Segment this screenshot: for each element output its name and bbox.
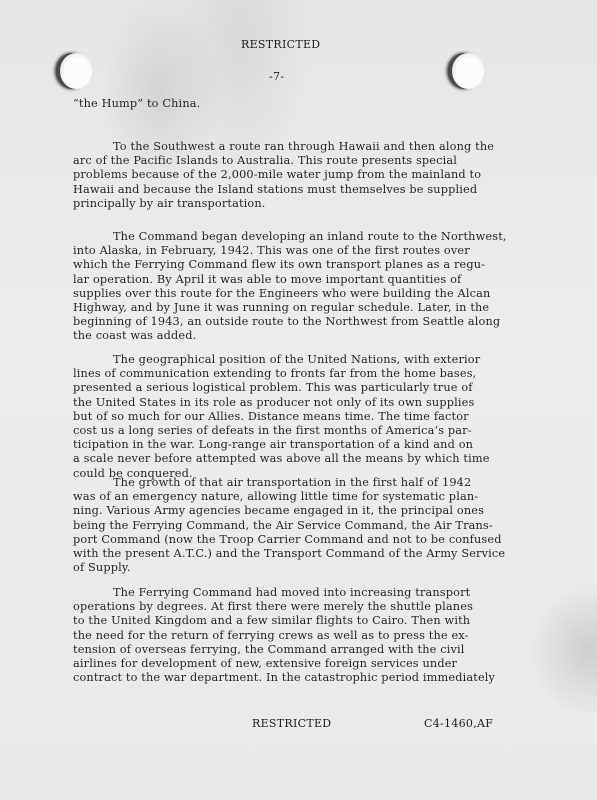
text-line: to the United Kingdom and a few similar … <box>73 614 470 628</box>
punch-hole-right <box>452 53 484 89</box>
text-line: which the Ferrying Command flew its own … <box>73 258 485 272</box>
text-line: contract to the war department. In the c… <box>73 671 495 685</box>
text-line: cost us a long series of defeats in the … <box>73 424 472 438</box>
text-line: principally by air transportation. <box>73 197 266 211</box>
text-line: The Ferrying Command had moved into incr… <box>113 586 470 600</box>
text-line: Hawaii and because the Island stations m… <box>73 183 477 197</box>
text-line: arc of the Pacific Islands to Australia.… <box>73 154 457 168</box>
text-line: operations by degrees. At first there we… <box>73 600 473 614</box>
document-page: RESTRICTED -7- “the Hump” to China.To th… <box>0 0 597 800</box>
text-line: tension of overseas ferrying, the Comman… <box>73 643 465 657</box>
text-line: being the Ferrying Command, the Air Serv… <box>73 519 493 533</box>
footer-document-code: C4-1460,AF <box>424 717 493 730</box>
text-line: into Alaska, in February, 1942. This was… <box>73 244 470 258</box>
text-line: the United States in its role as produce… <box>73 396 474 410</box>
text-line: problems because of the 2,000-mile water… <box>73 168 481 182</box>
text-line: airlines for development of new, extensi… <box>73 657 457 671</box>
text-line: port Command (now the Troop Carrier Comm… <box>73 533 502 547</box>
text-line: The growth of that air transportation in… <box>113 476 471 490</box>
text-line: ticipation in the war. Long-range air tr… <box>73 438 473 452</box>
text-line: presented a serious logistical problem. … <box>73 381 473 395</box>
text-line: a scale never before attempted was above… <box>73 452 490 466</box>
text-line: of Supply. <box>73 561 131 575</box>
text-line: with the present A.T.C.) and the Transpo… <box>73 547 505 561</box>
text-line: was of an emergency nature, allowing lit… <box>73 490 478 504</box>
text-line: lines of communication extending to fron… <box>73 367 476 381</box>
text-line: the coast was added. <box>73 329 196 343</box>
footer-classification: RESTRICTED <box>252 717 331 730</box>
text-line: “the Hump” to China. <box>73 97 200 111</box>
text-line: ning. Various Army agencies became engag… <box>73 504 484 518</box>
punch-hole-left <box>60 53 92 89</box>
text-line: To the Southwest a route ran through Haw… <box>113 140 494 154</box>
text-line: Highway, and by June it was running on r… <box>73 301 489 315</box>
text-line: beginning of 1943, an outside route to t… <box>73 315 500 329</box>
text-line: The Command began developing an inland r… <box>113 230 507 244</box>
text-line: supplies over this route for the Enginee… <box>73 287 490 301</box>
page-number: -7- <box>269 70 284 83</box>
text-line: but of so much for our Allies. Distance … <box>73 410 469 424</box>
header-classification: RESTRICTED <box>241 38 320 51</box>
text-line: The geographical position of the United … <box>113 353 480 367</box>
text-line: lar operation. By April it was able to m… <box>73 273 461 287</box>
text-line: the need for the return of ferrying crew… <box>73 629 469 643</box>
